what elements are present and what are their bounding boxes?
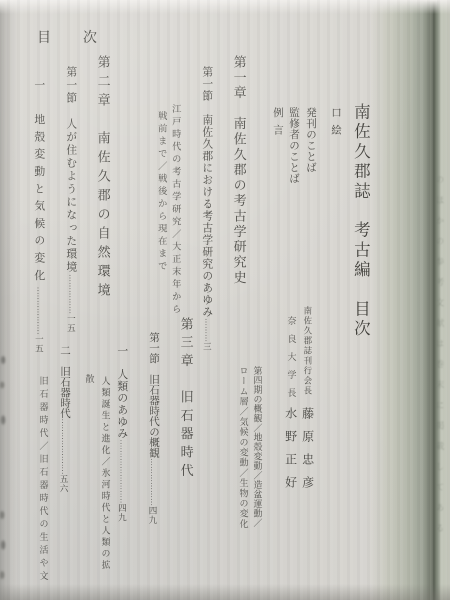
leader-dots: ………………… <box>60 419 69 475</box>
frontmatter-kuchie: 口絵 <box>330 107 341 142</box>
chapter-2-subtopic-line: ローム層／気候の変動／生物の変化 <box>238 366 247 529</box>
item-label: 一 地殻変動と気候の変化 <box>33 79 45 287</box>
page-number: 四九 <box>148 506 158 525</box>
chapter-3-item-entry: 二 旧石器時代…………………五六 <box>59 345 70 494</box>
chapter-3-section-entry: 第一節 旧石器時代の概観………………四九 <box>148 332 159 525</box>
book-page-photo: のほかの参考文献は巻末に掲載してある 目 次 南佐久郡誌 考古編 目次 口絵 発… <box>0 0 450 600</box>
facing-page-faint-text: のほかの参考文献は巻末に掲載してある <box>435 175 444 544</box>
page-number: 五六 <box>59 475 69 494</box>
leader-dots: …………… <box>67 274 76 314</box>
chapter-1-heading: 第一章 南佐久郡の考古学研究史 <box>232 55 246 286</box>
top-edge-highlight <box>0 0 450 14</box>
frontmatter-kanshu-attribution: 奈良大学長 <box>286 316 295 406</box>
frontmatter-kanshu-label: 監修者のことば <box>288 107 299 184</box>
frontmatter-hakkan-author-name: 藤原忠彦 <box>301 407 314 499</box>
page-number: 一五 <box>66 314 76 333</box>
chapter-3-subtopic-line: 旧石器時代／旧石器時代の生活や文 <box>38 376 47 584</box>
chapter-1-section-entry: 第一節 南佐久郡における考古学研究のあゆみ………三 <box>201 66 212 352</box>
item-label: 二 旧石器時代 <box>59 345 70 419</box>
chapter-2-subtopic-line: 第四期の概観／地殻変動／造盆運動／ <box>252 366 261 528</box>
chapter-3-subtopic-line: 散 <box>84 374 93 386</box>
item-label: 一 人類のあゆみ <box>116 345 128 439</box>
page-number: 四九 <box>117 503 127 522</box>
running-head-mokuji: 目 次 <box>37 27 106 47</box>
section-label: 第一節 南佐久郡における考古学研究のあゆみ <box>201 66 213 318</box>
chapter-3-subtopic-line: 人類誕生と進化／氷河時代と人類の拡 <box>100 376 109 572</box>
frontmatter-kanshu-author-name: 水野正好 <box>284 407 297 499</box>
leader-dots: ……………… <box>149 458 158 506</box>
chapter-2-section-entry: 第一節 人が住むようになった環境……………一五 <box>65 66 76 333</box>
chapter-2-heading: 第二章 南佐久郡の自然環境 <box>96 55 110 302</box>
chapter-3-item-entry: 一 人類のあゆみ……………………四九 <box>116 345 127 522</box>
page-number: 一五 <box>34 335 44 354</box>
leader-dots: ……………… <box>35 287 44 335</box>
frontmatter-hakkan-label: 発刊のことば <box>305 107 316 173</box>
leader-dots: ……… <box>203 318 212 342</box>
chapter-1-subtopic-line: 戦前まで／戦後から現在まで <box>155 111 165 274</box>
left-edge-text-fragments <box>0 330 10 600</box>
chapter-3-heading: 第三章 旧石器時代 <box>179 317 193 482</box>
toc-title: 南佐久郡誌 考古編 目次 <box>352 103 369 339</box>
bottom-edge-shadow <box>0 584 450 600</box>
section-label: 第一節 旧石器時代の概観 <box>148 332 159 458</box>
chapter-2-item-entry: 一 地殻変動と気候の変化………………一五 <box>33 79 44 354</box>
leader-dots: …………………… <box>118 439 127 503</box>
page-number: 三 <box>202 342 212 352</box>
frontmatter-hakkan-attribution: 南佐久郡誌刊行会長 <box>303 306 312 396</box>
section-label: 第一節 人が住むようになった環境 <box>65 66 77 274</box>
chapter-1-subtopic-line: 江戸時代の考古学研究／大正末年から <box>169 104 179 317</box>
frontmatter-reigen: 例言 <box>272 107 283 142</box>
